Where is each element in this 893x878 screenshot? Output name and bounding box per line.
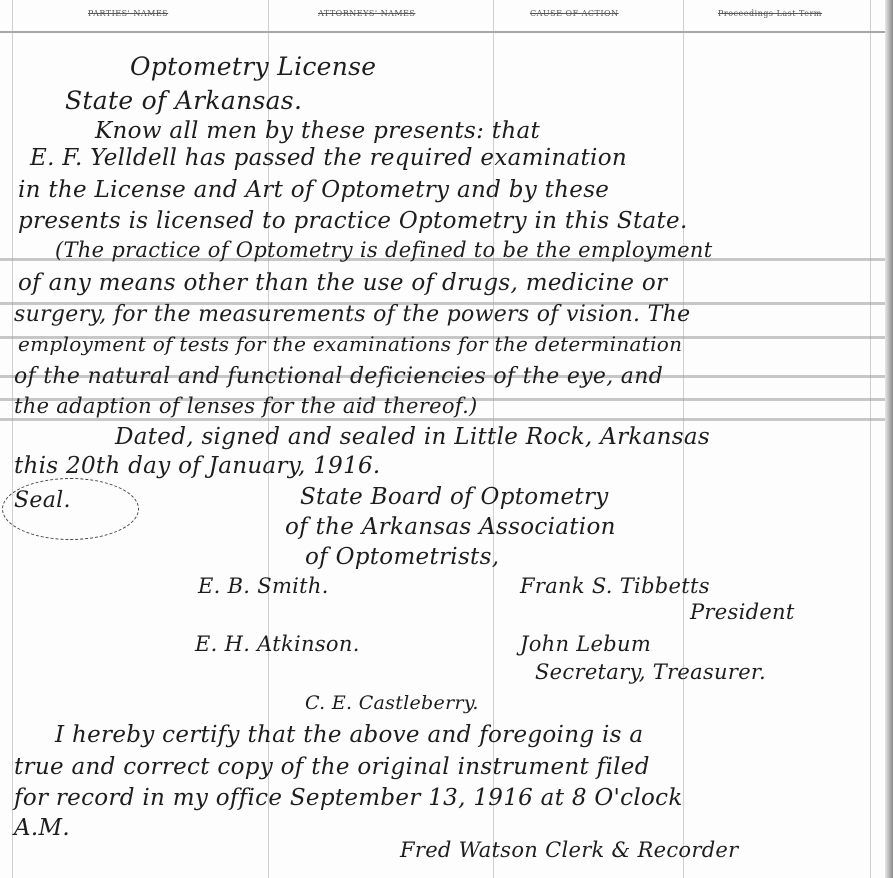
ledger-rule (870, 0, 871, 878)
body-line: of the natural and functional deficienci… (14, 364, 663, 389)
certification-line: true and correct copy of the original in… (14, 754, 650, 780)
body-line: the adaption of lenses for the aid there… (14, 394, 478, 418)
title-president: President (690, 600, 795, 624)
body-line: E. F. Yelldell has passed the required e… (30, 145, 627, 171)
body-line: employment of tests for the examinations… (18, 332, 682, 356)
scan-streak (0, 418, 893, 421)
header-rule (0, 31, 893, 33)
header-parties-names: PARTIES' NAMES (88, 9, 168, 18)
header-cause-of-action: CAUSE OF ACTION (530, 9, 619, 18)
header-proceedings-last-term: Proceedings Last Term (718, 9, 822, 18)
body-line: this 20th day of January, 1916. (14, 453, 381, 479)
certification-line: for record in my office September 13, 19… (14, 785, 683, 811)
signature-tibbetts: Frank S. Tibbetts (520, 574, 710, 598)
body-line: Know all men by these presents: that (95, 118, 540, 144)
signature-castleberry: C. E. Castleberry. (305, 692, 479, 714)
board-line: State Board of Optometry (300, 484, 609, 510)
ledger-rule (12, 0, 13, 878)
signature-lebum: John Lebum (520, 632, 651, 656)
ledger-header: PARTIES' NAMES ATTORNEYS' NAMES CAUSE OF… (0, 0, 893, 30)
body-line: Dated, signed and sealed in Little Rock,… (115, 424, 710, 450)
state-line: State of Arkansas. (65, 86, 302, 115)
board-line: of Optometrists, (305, 544, 499, 570)
certification-line: I hereby certify that the above and fore… (55, 722, 643, 748)
header-attorneys-names: ATTORNEYS' NAMES (318, 9, 415, 18)
scanned-document-page: PARTIES' NAMES ATTORNEYS' NAMES CAUSE OF… (0, 0, 893, 878)
signature-smith: E. B. Smith. (198, 574, 329, 598)
body-line: surgery, for the measurements of the pow… (14, 302, 690, 327)
certification-line: A.M. (14, 815, 70, 841)
body-line: (The practice of Optometry is defined to… (55, 238, 712, 262)
seal-label: Seal. (14, 488, 71, 513)
body-line: of any means other than the use of drugs… (18, 270, 667, 296)
title-secretary-treasurer: Secretary, Treasurer. (535, 660, 766, 684)
body-line: presents is licensed to practice Optomet… (18, 208, 688, 234)
board-line: of the Arkansas Association (285, 514, 616, 540)
document-title: Optometry License (130, 52, 376, 81)
clerk-signature: Fred Watson Clerk & Recorder (400, 838, 739, 862)
scan-edge (885, 0, 893, 878)
body-line: in the License and Art of Optometry and … (18, 177, 609, 203)
signature-atkinson: E. H. Atkinson. (195, 632, 360, 656)
